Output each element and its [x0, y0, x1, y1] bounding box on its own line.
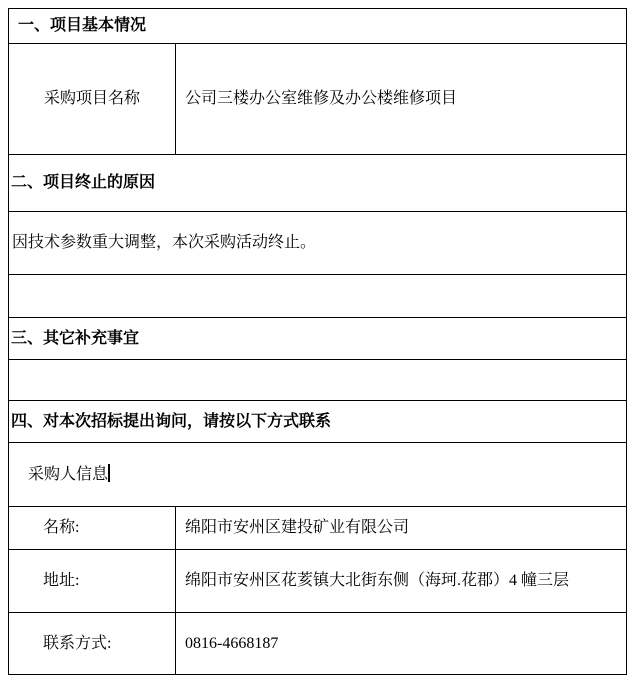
section-1-title: 一、项目基本情况: [9, 9, 627, 44]
section-4-header-row: 四、对本次招标提出询问，请按以下方式联系: [9, 401, 627, 443]
buyer-info-label: 采购人信息: [28, 466, 108, 483]
project-name-row: 采购项目名称 公司三楼办公室维修及办公楼维修项目: [9, 44, 627, 155]
section-3-header-row: 三、其它补充事宜: [9, 318, 627, 360]
notice-table: 一、项目基本情况 采购项目名称 公司三楼办公室维修及办公楼维修项目 二、项目终止…: [8, 8, 627, 675]
contact-name-label: 名称:: [9, 507, 176, 550]
contact-name-row: 名称: 绵阳市安州区建投矿业有限公司: [9, 507, 627, 550]
section-2-header-row: 二、项目终止的原因: [9, 155, 627, 212]
project-name-label: 采购项目名称: [9, 44, 176, 155]
page-background: { "document": { "section1": { "title": "…: [0, 0, 633, 680]
section-1-header-row: 一、项目基本情况: [9, 9, 627, 44]
text-cursor-icon: [108, 464, 110, 482]
termination-reason-row: 因技术参数重大调整，本次采购活动终止。: [9, 212, 627, 275]
buyer-info-row: 采购人信息: [9, 443, 627, 507]
contact-address-value: 绵阳市安州区花荄镇大北街东侧（海珂.花郡）4 幢三层: [176, 550, 627, 613]
section-4-title: 四、对本次招标提出询问，请按以下方式联系: [9, 401, 627, 443]
termination-reason-text: 因技术参数重大调整，本次采购活动终止。: [9, 212, 627, 275]
contact-address-label: 地址:: [9, 550, 176, 613]
contact-name-value: 绵阳市安州区建投矿业有限公司: [176, 507, 627, 550]
contact-phone-value: 0816-4668187: [176, 613, 627, 675]
contact-address-row: 地址: 绵阳市安州区花荄镇大北街东侧（海珂.花郡）4 幢三层: [9, 550, 627, 613]
contact-phone-row: 联系方式: 0816-4668187: [9, 613, 627, 675]
empty-cell: [9, 360, 627, 401]
section-2-title: 二、项目终止的原因: [9, 155, 627, 212]
empty-row: [9, 360, 627, 401]
section-3-title: 三、其它补充事宜: [9, 318, 627, 360]
empty-row: [9, 275, 627, 318]
project-name-value: 公司三楼办公室维修及办公楼维修项目: [176, 44, 627, 155]
contact-phone-label: 联系方式:: [9, 613, 176, 675]
buyer-info-field[interactable]: 采购人信息: [9, 443, 627, 507]
empty-cell: [9, 275, 627, 318]
